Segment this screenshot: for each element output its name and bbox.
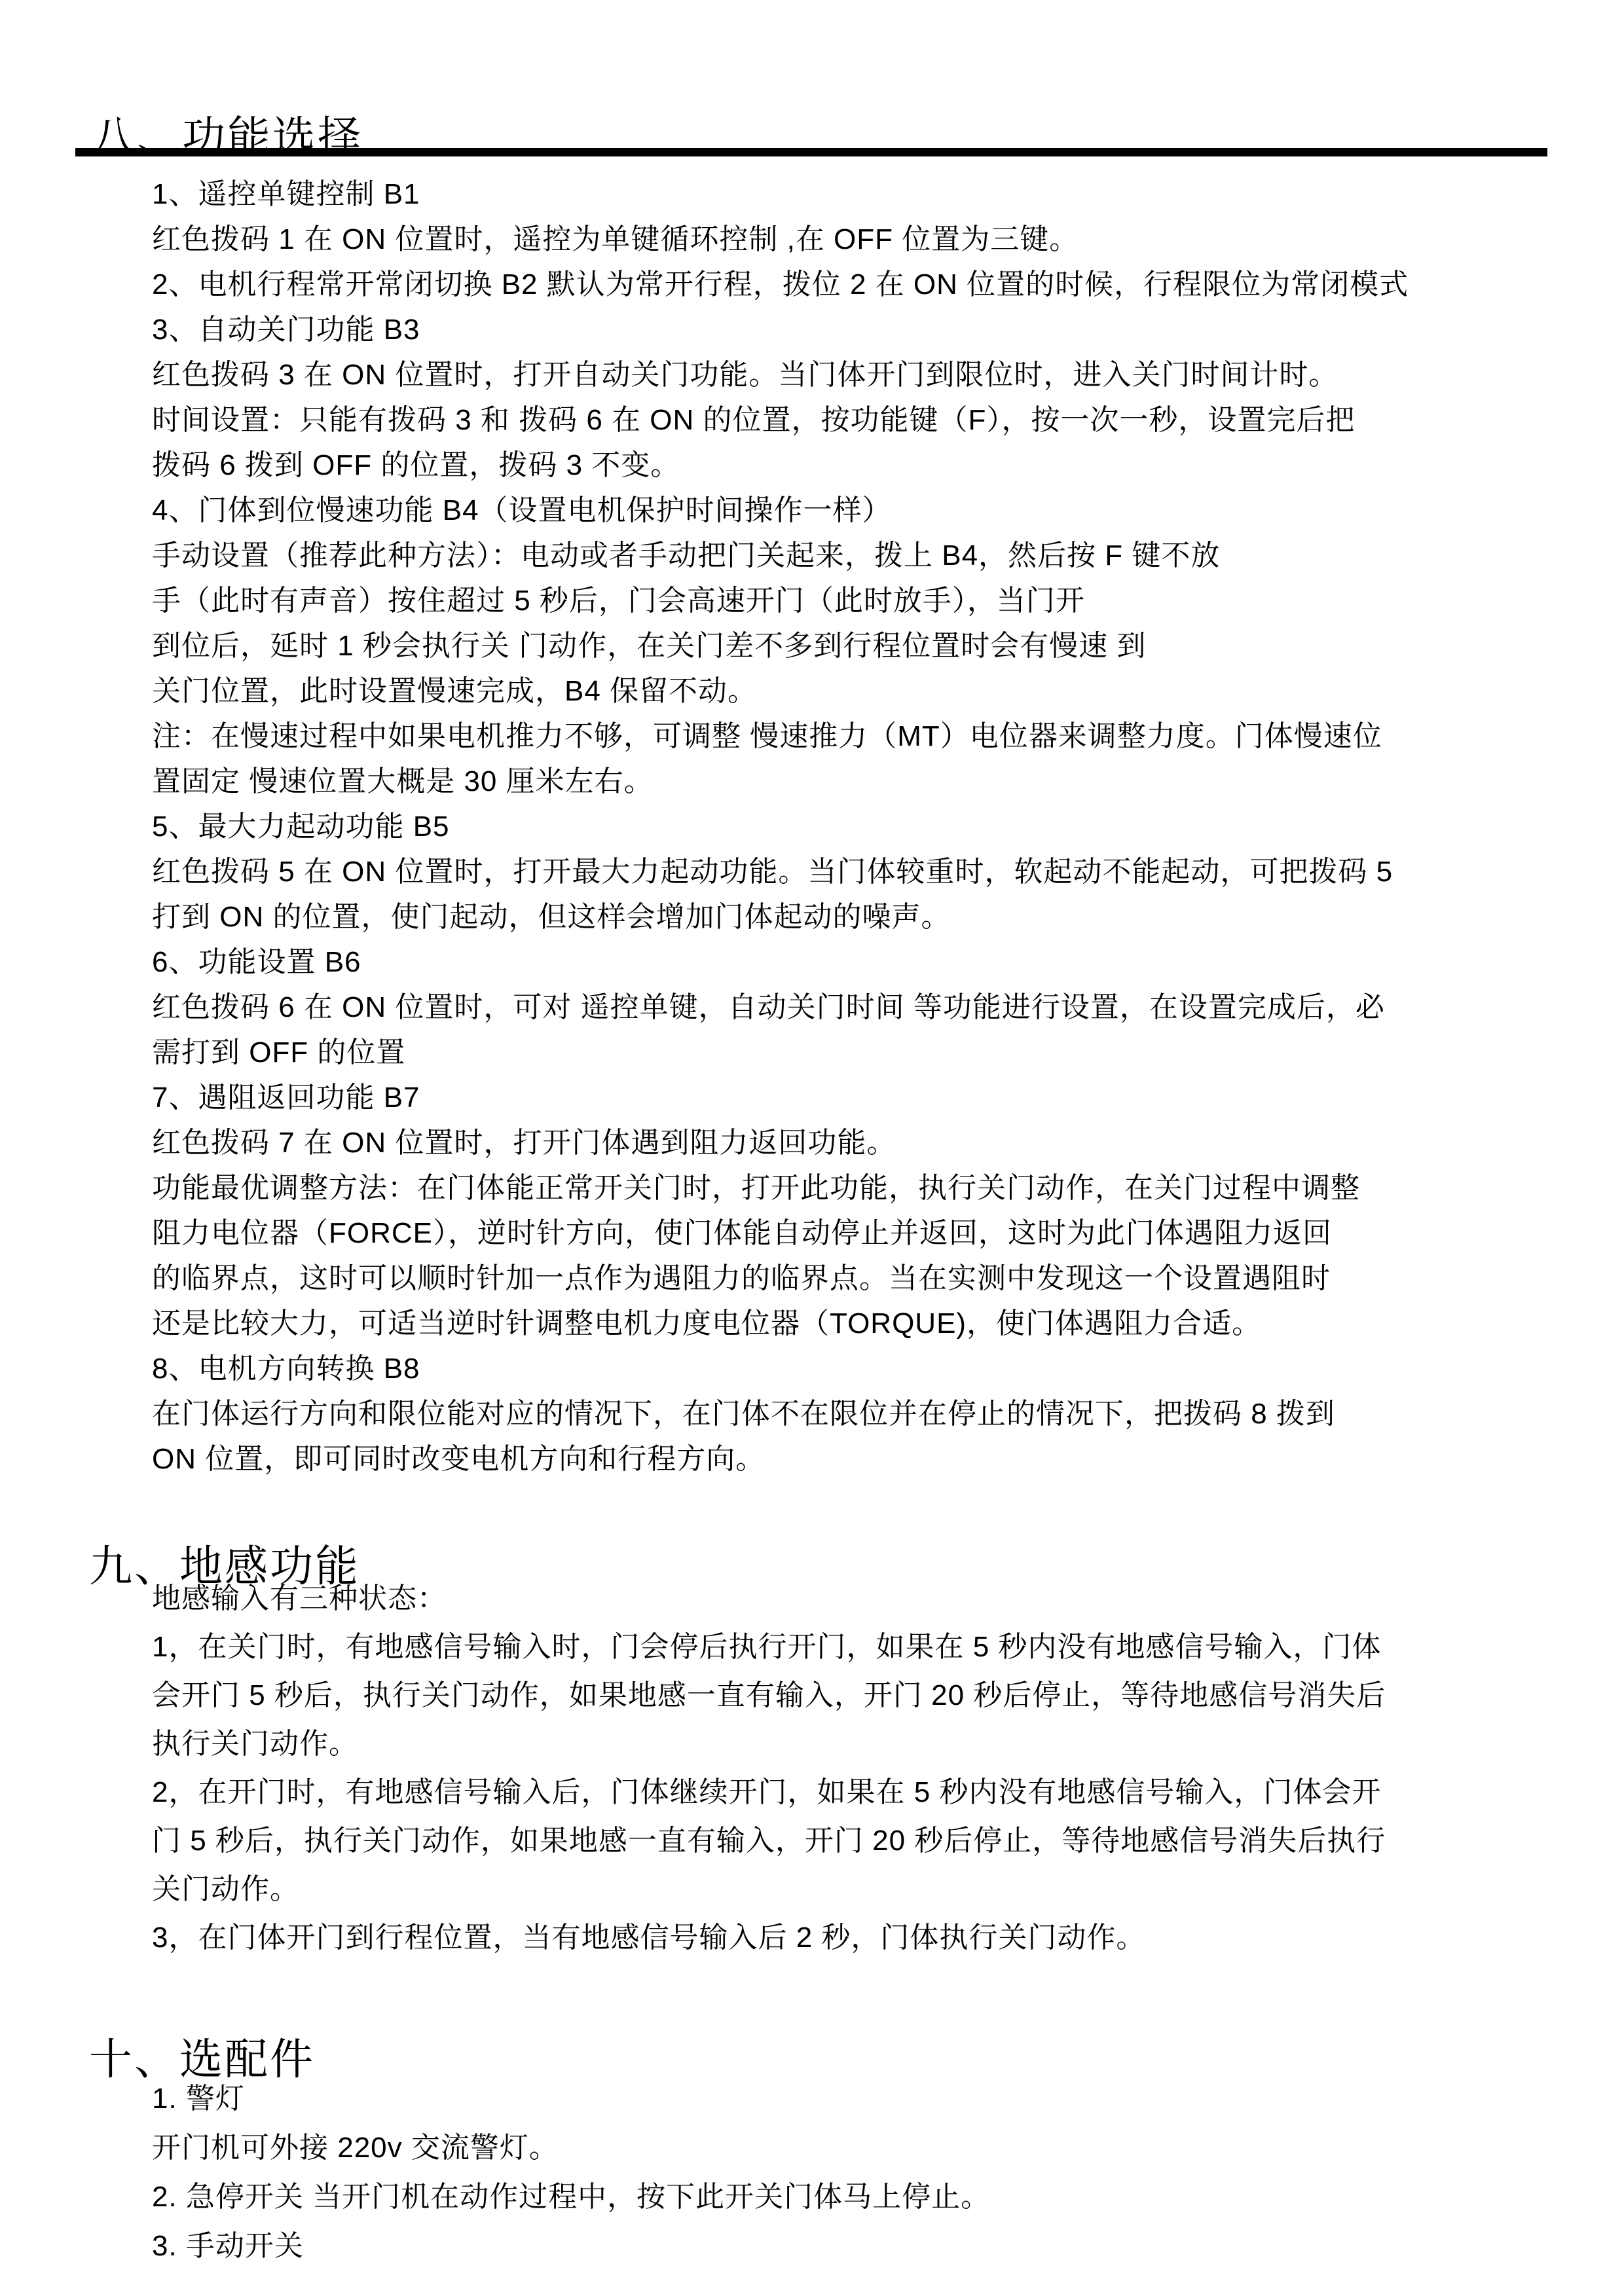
text-line: 需打到 OFF 的位置 xyxy=(152,1030,1409,1075)
text-line: 功能最优调整方法：在门体能正常开关门时，打开此功能，执行关门动作，在关门过程中调… xyxy=(152,1165,1409,1211)
text-line: 拨码 6 拨到 OFF 的位置，拨码 3 不变。 xyxy=(152,443,1409,488)
text-line: 红色拨码 5 在 ON 位置时，打开最大力起动功能。当门体较重时，软起动不能起动… xyxy=(152,849,1409,894)
text-line: 8、电机方向转换 B8 xyxy=(152,1346,1409,1391)
manual-page: 八、功能选择 1、遥控单键控制 B1红色拨码 1 在 ON 位置时，遥控为单键循… xyxy=(0,0,1624,2296)
text-line: 地感输入有三种状态： xyxy=(152,1575,1386,1623)
heading-underline xyxy=(75,148,1547,156)
text-line: 时间设置：只能有拨码 3 和 拨码 6 在 ON 的位置，按功能键（F），按一次… xyxy=(152,397,1409,443)
text-line: 2. 急停开关 当开门机在动作过程中，按下此开关门体马上停止。 xyxy=(152,2172,990,2221)
section-body-ground-sensor: 地感输入有三种状态：1，在关门时，有地感信号输入时，门会停后执行开门，如果在 5… xyxy=(152,1575,1386,1962)
text-line: 2，在开门时，有地感信号输入后，门体继续开门，如果在 5 秒内没有地感信号输入，… xyxy=(152,1768,1386,1817)
text-line: 关门动作。 xyxy=(152,1865,1386,1914)
text-line: 打到 ON 的位置，使门起动，但这样会增加门体起动的噪声。 xyxy=(152,894,1409,939)
text-line: 到位后，延时 1 秒会执行关 门动作，在关门差不多到行程位置时会有慢速 到 xyxy=(152,623,1409,668)
text-line: 2、电机行程常开常闭切换 B2 默认为常开行程，拨位 2 在 ON 位置的时候，… xyxy=(152,262,1409,307)
text-line: 还是比较大力，可适当逆时针调整电机力度电位器（TORQUE)，使门体遇阻力合适。 xyxy=(152,1301,1409,1346)
text-line: 1、遥控单键控制 B1 xyxy=(152,172,1409,217)
text-line: 执行关门动作。 xyxy=(152,1720,1386,1768)
text-line: 红色拨码 3 在 ON 位置时，打开自动关门功能。当门体开门到限位时，进入关门时… xyxy=(152,352,1409,397)
text-line: 3. 手动开关 xyxy=(152,2221,990,2270)
text-line: 1. 警灯 xyxy=(152,2074,990,2123)
section-body-accessories: 1. 警灯开门机可外接 220v 交流警灯。2. 急停开关 当开门机在动作过程中… xyxy=(152,2074,990,2270)
text-line: 红色拨码 6 在 ON 位置时，可对 遥控单键，自动关门时间 等功能进行设置，在… xyxy=(152,985,1409,1030)
text-line: 7、遇阻返回功能 B7 xyxy=(152,1075,1409,1120)
text-line: 4、门体到位慢速功能 B4（设置电机保护时间操作一样） xyxy=(152,488,1409,533)
text-line: 阻力电位器（FORCE），逆时针方向，使门体能自动停止并返回，这时为此门体遇阻力… xyxy=(152,1211,1409,1256)
text-line: 手（此时有声音）按住超过 5 秒后，门会高速开门（此时放手），当门开 xyxy=(152,578,1409,623)
text-line: 关门位置，此时设置慢速完成，B4 保留不动。 xyxy=(152,668,1409,714)
text-line: 6、功能设置 B6 xyxy=(152,939,1409,985)
text-line: 红色拨码 1 在 ON 位置时，遥控为单键循环控制 ,在 OFF 位置为三键。 xyxy=(152,217,1409,262)
text-line: 红色拨码 7 在 ON 位置时，打开门体遇到阻力返回功能。 xyxy=(152,1120,1409,1165)
text-line: 5、最大力起动功能 B5 xyxy=(152,804,1409,849)
text-line: 门 5 秒后，执行关门动作，如果地感一直有输入，开门 20 秒后停止，等待地感信… xyxy=(152,1817,1386,1865)
text-line: 置固定 慢速位置大概是 30 厘米左右。 xyxy=(152,759,1409,804)
text-line: ON 位置，即可同时改变电机方向和行程方向。 xyxy=(152,1436,1409,1482)
section-body-function-selection: 1、遥控单键控制 B1红色拨码 1 在 ON 位置时，遥控为单键循环控制 ,在 … xyxy=(152,172,1409,1482)
text-line: 3，在门体开门到行程位置，当有地感信号输入后 2 秒，门体执行关门动作。 xyxy=(152,1914,1386,1962)
text-line: 注：在慢速过程中如果电机推力不够，可调整 慢速推力（MT）电位器来调整力度。门体… xyxy=(152,714,1409,759)
text-line: 开门机可外接 220v 交流警灯。 xyxy=(152,2123,990,2172)
text-line: 在门体运行方向和限位能对应的情况下，在门体不在限位并在停止的情况下，把拨码 8 … xyxy=(152,1391,1409,1436)
text-line: 1，在关门时，有地感信号输入时，门会停后执行开门，如果在 5 秒内没有地感信号输… xyxy=(152,1623,1386,1671)
text-line: 会开门 5 秒后，执行关门动作，如果地感一直有输入，开门 20 秒后停止，等待地… xyxy=(152,1671,1386,1720)
text-line: 3、自动关门功能 B3 xyxy=(152,307,1409,352)
text-line: 的临界点，这时可以顺时针加一点作为遇阻力的临界点。当在实测中发现这一个设置遇阻时 xyxy=(152,1256,1409,1301)
text-line: 手动设置（推荐此种方法）：电动或者手动把门关起来，拨上 B4，然后按 F 键不放 xyxy=(152,533,1409,578)
